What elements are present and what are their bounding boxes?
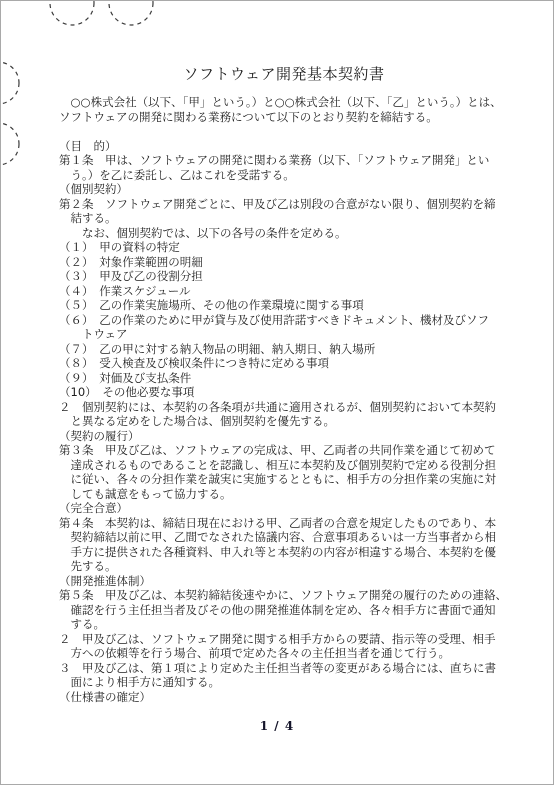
- page-number: 1 / 4: [1, 719, 553, 733]
- document-text-line: ○○株式会社（以下、「甲」という。）と○○株式会社（以下、「乙」という。）とは、: [59, 95, 513, 110]
- document-text-line: （７） 乙の甲に対する納入物品の明細、納入期日、納入場所: [59, 342, 513, 357]
- document-text-line: ２ 甲及び乙は、ソフトウェア開発に関する相手方からの要請、指示等の受理、相手: [59, 632, 513, 647]
- document-text-line: ３ 甲及び乙は、第１項により定めた主任担当者等の変更がある場合には、直ちに書: [59, 661, 513, 676]
- document-text-line: と異なる定めをした場合は、個別契約を優先する。: [59, 414, 513, 429]
- document-content: ソフトウェア開発基本契約書 ○○株式会社（以下、「甲」という。）と○○株式会社（…: [1, 1, 553, 733]
- document-text-line: しても誠意をもって協力する。: [59, 487, 513, 502]
- document-text-line: （開発推進体制）: [59, 574, 513, 589]
- document-text-line: （９） 対価及び支払条件: [59, 371, 513, 386]
- document-text-line: 第５条 甲及び乙は、本契約締結後速やかに、ソフトウェア開発の履行のための連絡、: [59, 588, 513, 603]
- document-text-line: 先する。: [59, 559, 513, 574]
- document-text-line: （10） その他必要な事項: [59, 385, 513, 400]
- document-text-line: ソフトウェアの開発に関わる業務について以下のとおり契約を締結する。: [59, 110, 513, 125]
- document-text-line: （仕様書の確定）: [59, 690, 513, 705]
- document-text-line: トウェア: [59, 327, 513, 342]
- document-text-line: 第２条 ソフトウェア開発ごとに、甲及び乙は別段の合意がない限り、個別契約を締: [59, 197, 513, 212]
- document-title: ソフトウェア開発基本契約書: [1, 1, 553, 82]
- document-text-line: （目 的）: [59, 139, 513, 154]
- document-text-line: 手方に提供された各種資料、申入れ等と本契約の内容が相違する場合、本契約を優: [59, 545, 513, 560]
- document-text-line: 面により相手方に通知する。: [59, 675, 513, 690]
- document-text-line: （完全合意）: [59, 501, 513, 516]
- document-text-line: 第１条 甲は、ソフトウェアの開発に関わる業務（以下、「ソフトウェア開発」とい: [59, 153, 513, 168]
- document-text-line: （４） 作業スケジュール: [59, 284, 513, 299]
- document-text-line: （１） 甲の資料の特定: [59, 240, 513, 255]
- document-text-line: 方への依頼等を行う場合、前項で定めた各々の主任担当者を通じて行う。: [59, 646, 513, 661]
- document-text-line: 確認を行う主任担当者及びその他の開発推進体制を定め、各々相手方に書面で通知: [59, 603, 513, 618]
- document-text-line: 結する。: [59, 211, 513, 226]
- document-text-line: 達成されるものであることを認識し、相互に本契約及び個別契約で定める役割分担: [59, 458, 513, 473]
- document-text-line: なお、個別契約では、以下の各号の条件を定める。: [59, 226, 513, 241]
- document-text-line: [59, 124, 513, 139]
- document-text-line: 第３条 甲及び乙は、ソフトウェアの完成は、甲、乙両者の共同作業を通じて初めて: [59, 443, 513, 458]
- document-text-line: う。）を乙に委託し、乙はこれを受諾する。: [59, 168, 513, 183]
- document-page: ソフトウェア開発基本契約書 ○○株式会社（以下、「甲」という。）と○○株式会社（…: [0, 0, 554, 785]
- document-text-line: （５） 乙の作業実施場所、その他の作業環境に関する事項: [59, 298, 513, 313]
- document-text-line: （６） 乙の作業のために甲が貸与及び使用許諾すべきドキュメント、機材及びソフ: [59, 313, 513, 328]
- document-text-line: に従い、各々の分担作業を誠実に実施するとともに、相手方の分担作業の実施に対: [59, 472, 513, 487]
- document-text-line: 第４条 本契約は、締結日現在における甲、乙両者の合意を規定したものであり、本: [59, 516, 513, 531]
- document-text-line: （３） 甲及び乙の役割分担: [59, 269, 513, 284]
- document-text-line: する。: [59, 617, 513, 632]
- document-text-line: （契約の履行）: [59, 429, 513, 444]
- document-body: ○○株式会社（以下、「甲」という。）と○○株式会社（以下、「乙」という。）とは、…: [1, 82, 553, 704]
- document-text-line: ２ 個別契約には、本契約の各条項が共通に適用されるが、個別契約において本契約: [59, 400, 513, 415]
- document-text-line: 契約締結以前に甲、乙間でなされた協議内容、合意事項あるいは一方当事者から相: [59, 530, 513, 545]
- document-text-line: （２） 対象作業範囲の明細: [59, 255, 513, 270]
- document-text-line: （８） 受入検査及び検収条件につき特に定める事項: [59, 356, 513, 371]
- document-text-line: （個別契約）: [59, 182, 513, 197]
